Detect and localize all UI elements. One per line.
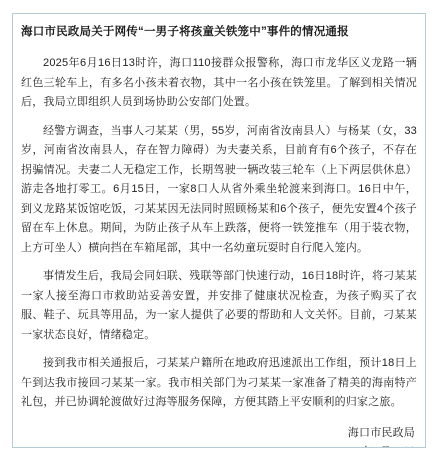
document-title: 海口市民政局关于网传“一男子将孩童关铁笼中”事件的情况通报 [21,22,417,42]
paragraph-return-arrangements: 接到我市相关通报后，刁某某户籍所在地政府迅速派出工作组，预计18日上午到达我市接… [21,354,417,413]
issue-date: 2025年6月18日 [21,443,415,448]
signature-block: 海口市民政局 2025年6月18日 [21,424,417,449]
screenshot-root: { "document": { "title": "海口市民政局关于网传“一男子… [0,0,440,458]
notice-document: 海口市民政局关于网传“一男子将孩童关铁笼中”事件的情况通报 2025年6月16日… [12,13,426,448]
issuing-authority: 海口市民政局 [21,424,415,444]
paragraph-incident-report: 2025年6月16日13时许，海口110接群众报警称，海口市龙华区义龙路一辆红色… [21,54,417,113]
paragraph-police-investigation: 经警方调查，当事人刁某某（男，55岁，河南省汝南县人）与杨某（女，33岁，河南省… [21,122,417,259]
paragraph-assistance-measures: 事情发生后，我局会同妇联、残联等部门快速行动，16日18时许，将刁某某一家人接至… [21,267,417,345]
